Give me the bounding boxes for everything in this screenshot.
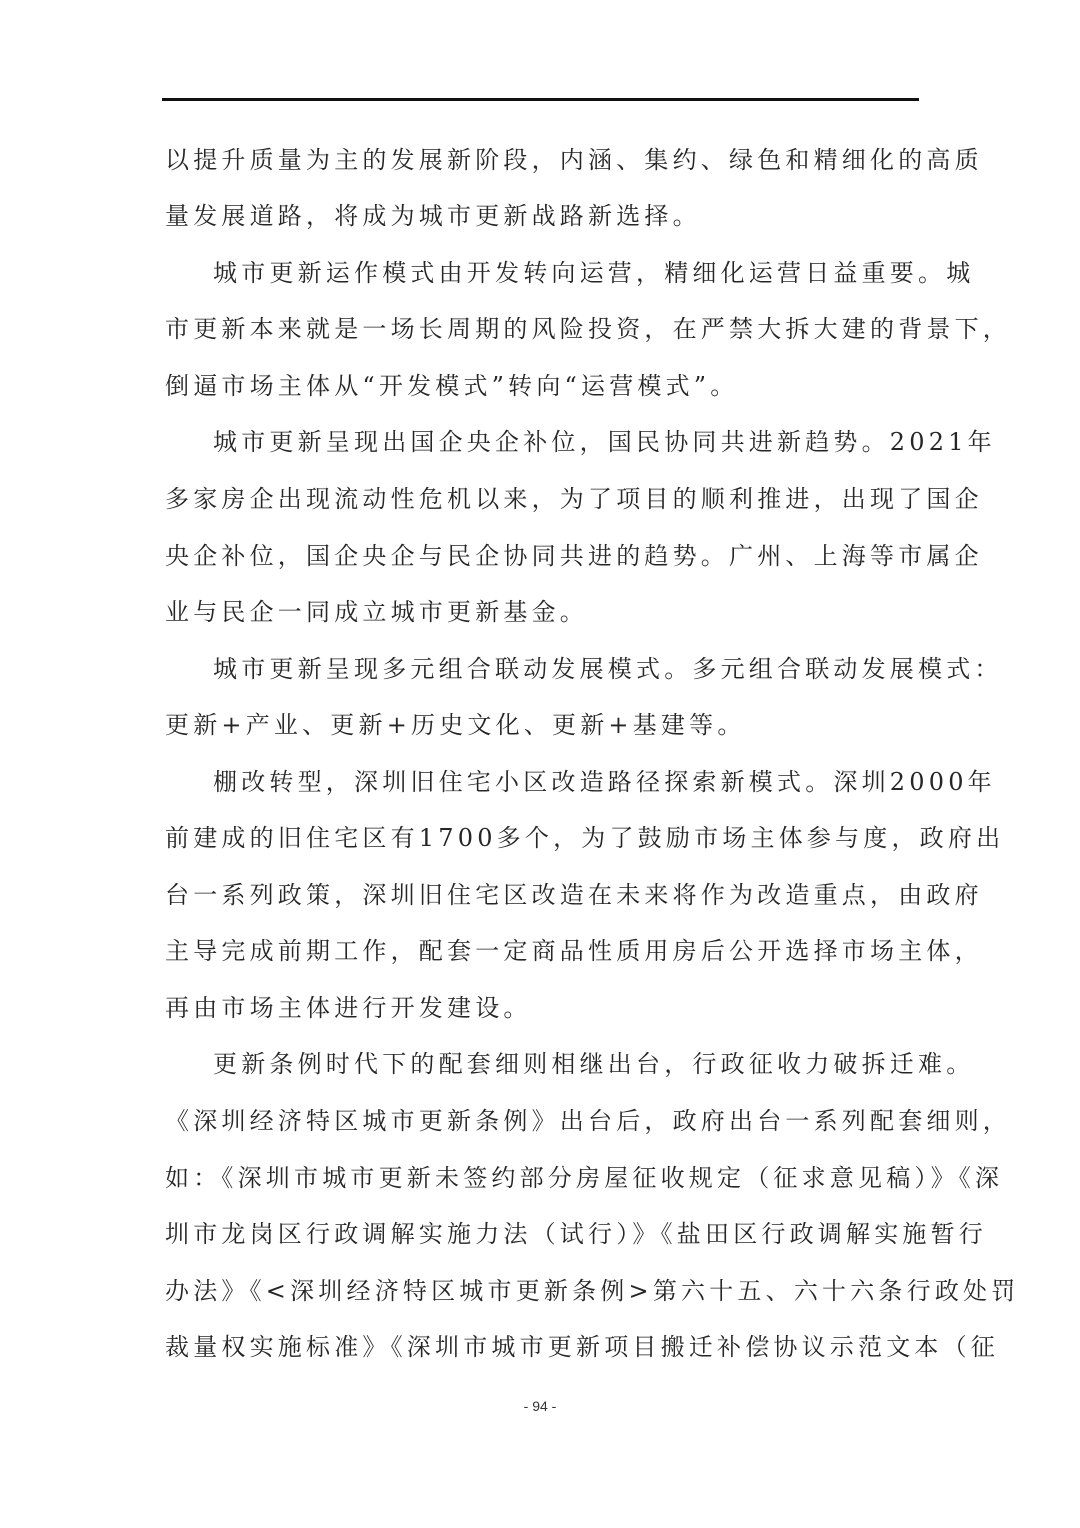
paragraph-2-line-3: 倒逼市场主体从“开发模式”转向“运营模式”。 xyxy=(165,366,925,406)
paragraph-3-line-1: 城市更新呈现出国企央企补位，国民协同共进新趋势。2021年 xyxy=(213,422,925,462)
paragraph-1-line-1: 以提升质量为主的发展新阶段，内涵、集约、绿色和精细化的高质 xyxy=(165,140,925,180)
paragraph-6-line-6: 裁量权实施标准》《深圳市城市更新项目搬迁补偿协议示范文本（征 xyxy=(165,1327,925,1367)
paragraph-6-line-2: 《深圳经济特区城市更新条例》出台后，政府出台一系列配套细则， xyxy=(165,1101,925,1141)
paragraph-2-line-1: 城市更新运作模式由开发转向运营，精细化运营日益重要。城 xyxy=(213,253,925,293)
paragraph-1-line-2: 量发展道路，将成为城市更新战路新选择。 xyxy=(165,196,925,236)
document-page: 以提升质量为主的发展新阶段，内涵、集约、绿色和精细化的高质 量发展道路，将成为城… xyxy=(0,0,1080,1528)
paragraph-6-line-4: 圳市龙岗区行政调解实施力法（试行）》《盐田区行政调解实施暂行 xyxy=(165,1214,925,1254)
page-number: - 94 - xyxy=(0,1398,1080,1414)
paragraph-2-line-2: 市更新本来就是一场长周期的风险投资，在严禁大拆大建的背景下， xyxy=(165,309,925,349)
paragraph-4-line-2: 更新+产业、更新+历史文化、更新+基建等。 xyxy=(165,705,925,745)
paragraph-6-line-5: 办法》《<深圳经济特区城市更新条例>第六十五、六十六条行政处罚 xyxy=(165,1271,925,1311)
paragraph-4-line-1: 城市更新呈现多元组合联动发展模式。多元组合联动发展模式： xyxy=(213,649,925,689)
paragraph-6-line-1: 更新条例时代下的配套细则相继出台，行政征收力破拆迁难。 xyxy=(213,1044,925,1084)
paragraph-5-line-3: 台一系列政策，深圳旧住宅区改造在未来将作为改造重点，由政府 xyxy=(165,875,925,915)
paragraph-5-line-4: 主导完成前期工作，配套一定商品性质用房后公开选择市场主体， xyxy=(165,931,925,971)
paragraph-3-line-4: 业与民企一同成立城市更新基金。 xyxy=(165,592,925,632)
paragraph-3-line-3: 央企补位，国企央企与民企协同共进的趋势。广州、上海等市属企 xyxy=(165,536,925,576)
paragraph-5-line-2: 前建成的旧住宅区有1700多个，为了鼓励市场主体参与度，政府出 xyxy=(165,818,925,858)
paragraph-5-line-1: 棚改转型，深圳旧住宅小区改造路径探索新模式。深圳2000年 xyxy=(213,762,925,802)
header-rule xyxy=(162,98,919,101)
paragraph-5-line-5: 再由市场主体进行开发建设。 xyxy=(165,988,925,1028)
paragraph-6-line-3: 如：《深圳市城市更新未签约部分房屋征收规定（征求意见稿）》《深 xyxy=(165,1158,925,1198)
paragraph-3-line-2: 多家房企出现流动性危机以来，为了项目的顺利推进，出现了国企 xyxy=(165,479,925,519)
